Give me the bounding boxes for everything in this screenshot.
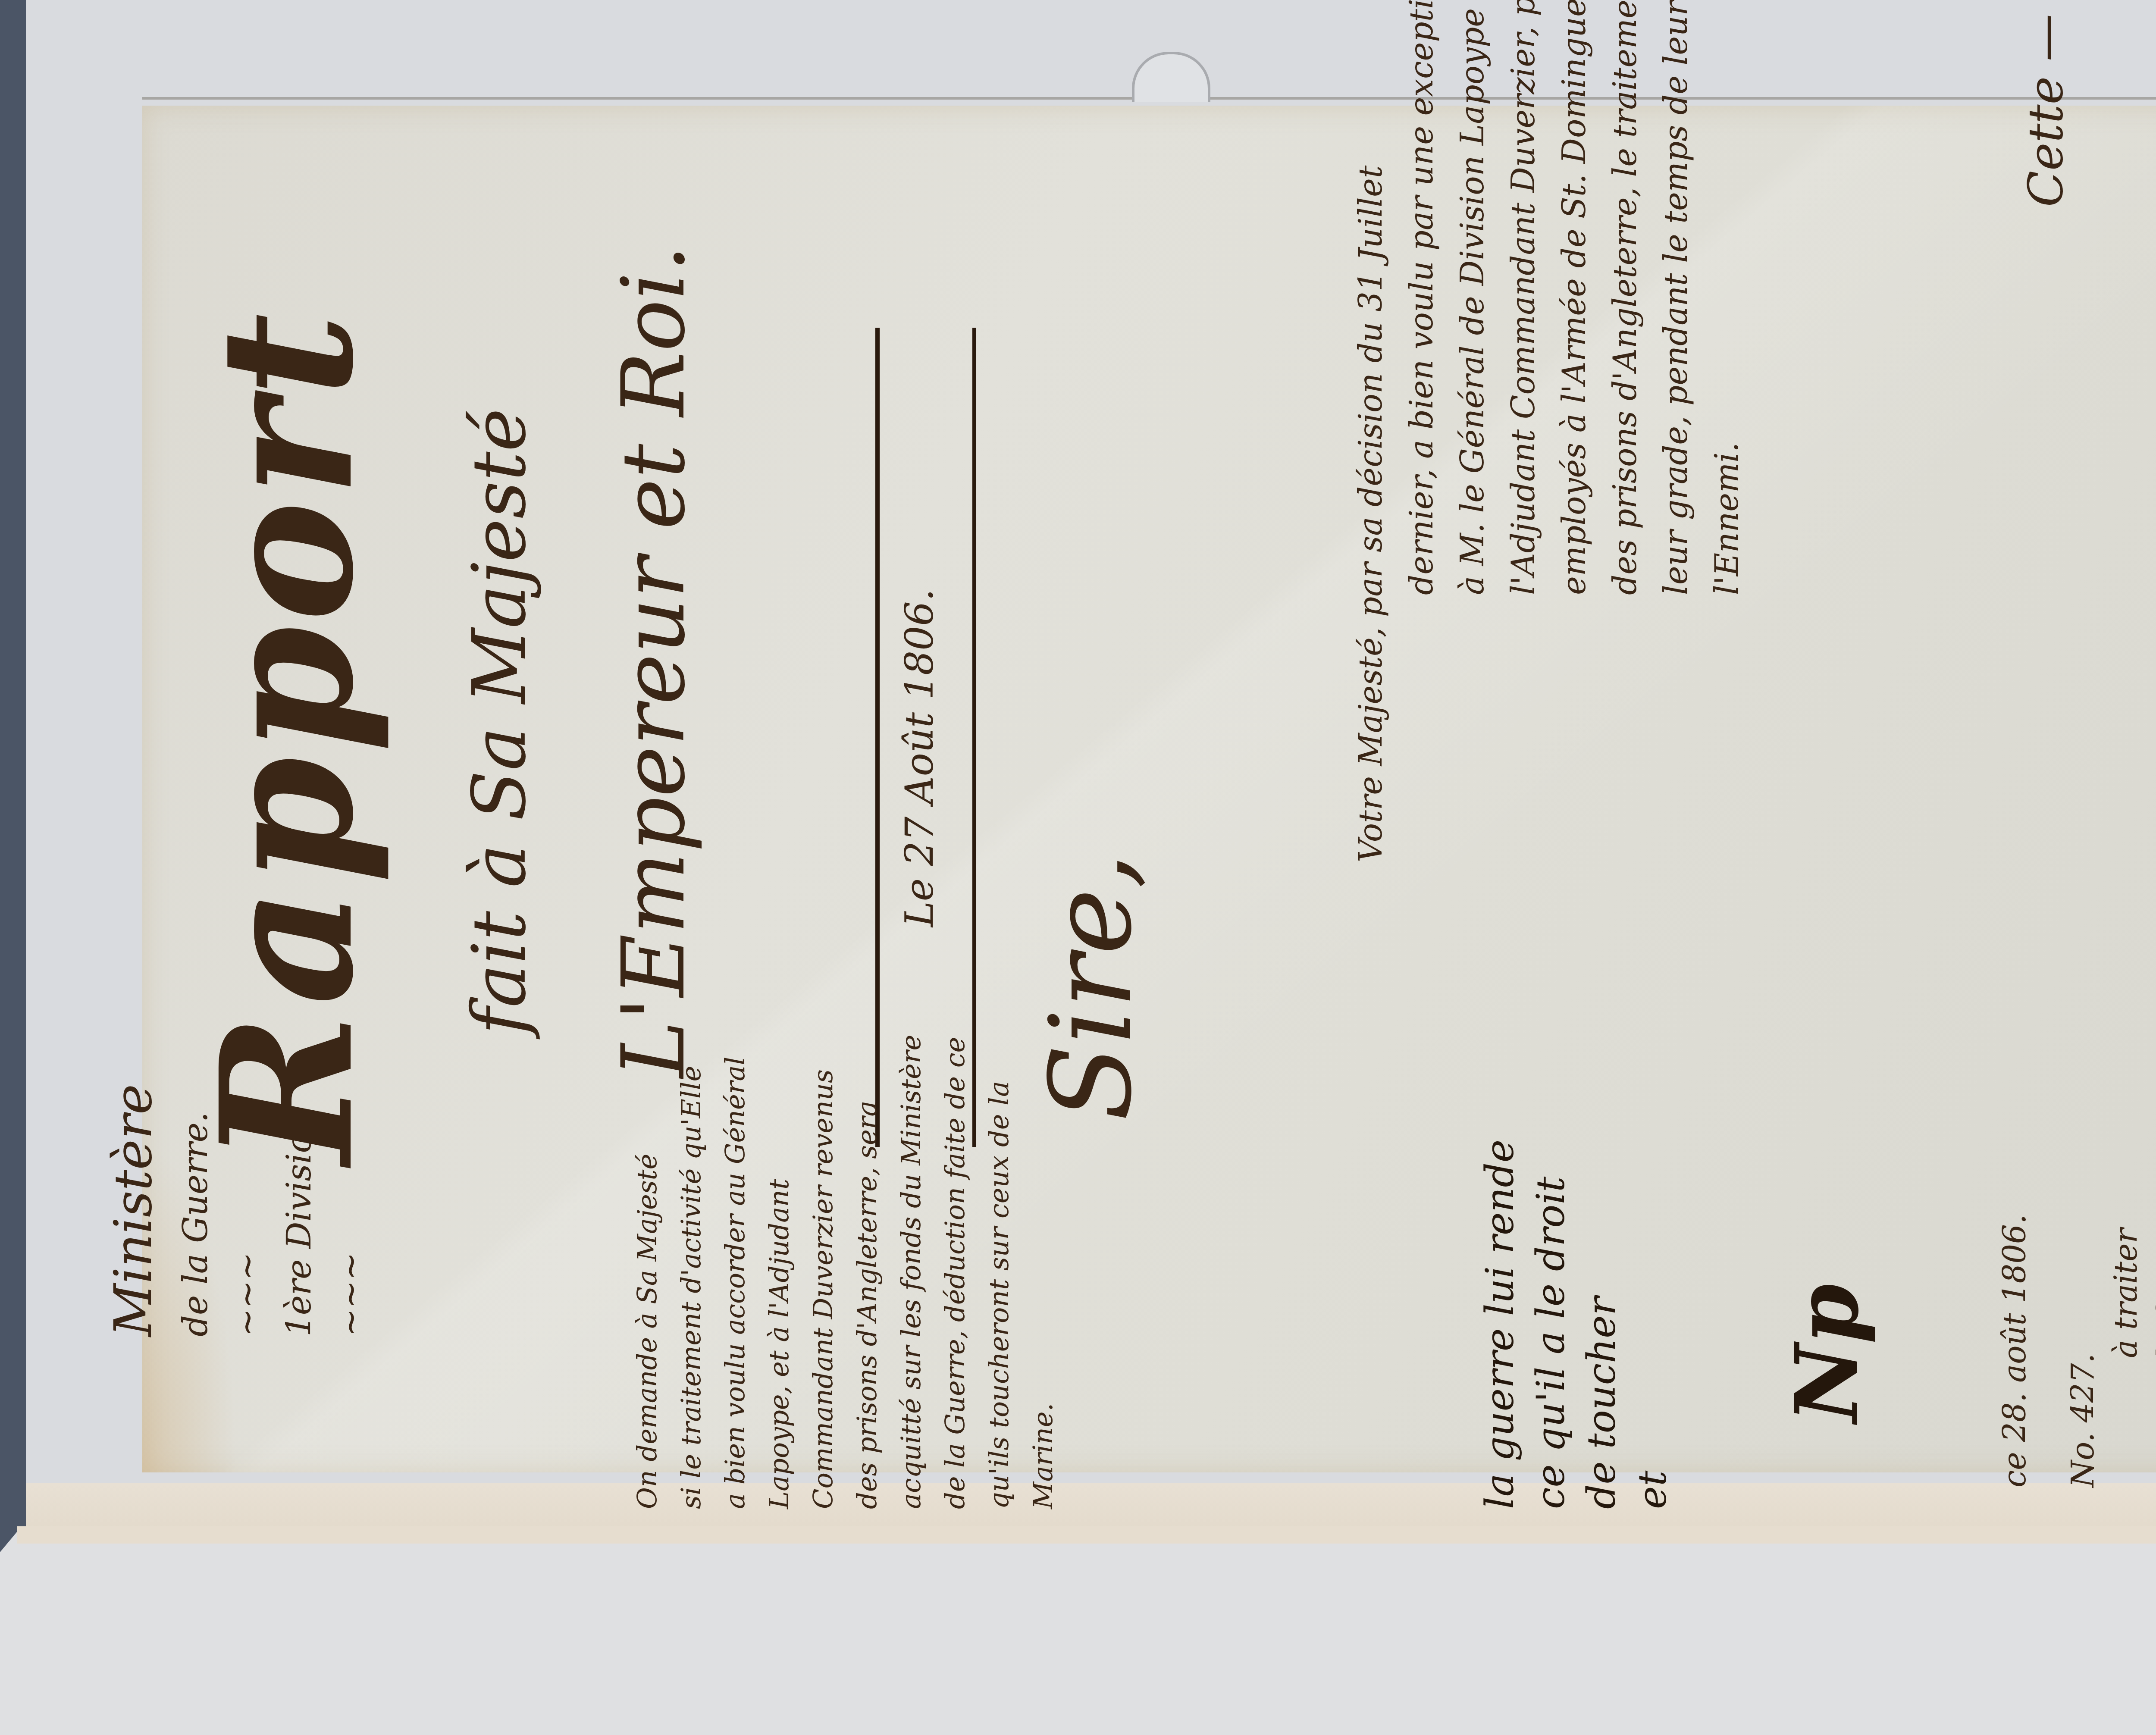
filing-line: le faire en sa <box>2147 1154 2156 1488</box>
continuation-word: Cette — <box>2018 14 2073 207</box>
report-addressee: L'Empereur et Roi. <box>604 244 704 1078</box>
filing-note: No. 427. à traiter le faire en sa fav. d… <box>2061 1154 2156 1488</box>
summary-line: si le traitement d'activité qu'Elle <box>669 1035 713 1509</box>
summary-line: des prisons d'Angleterre, sera <box>845 1035 889 1509</box>
manuscript-sheet <box>142 106 2156 1472</box>
imperial-annotation: la guerre lui rende ce qu'il a le droit … <box>1475 1140 1678 1509</box>
summary-line: de la Guerre, déduction faite de ce <box>933 1035 977 1509</box>
annotation-line: de toucher <box>1576 1140 1627 1509</box>
filing-date: ce 28. août 1806. <box>1996 1214 2033 1488</box>
body-line: l'Ennemi. <box>1702 0 1752 983</box>
folder-strip <box>17 1526 2156 1544</box>
annotation-line: la guerre lui rende <box>1475 1140 1526 1509</box>
report-body: Votre Majesté, par sa décision du 31 Jui… <box>1345 0 1752 983</box>
annotation-line: ce qu'il a le droit <box>1526 1140 1576 1509</box>
body-line: à M. le Général de Division Lapoype et à… <box>1447 0 1498 983</box>
date-rule-bottom <box>972 328 976 1147</box>
mount-tab-notch <box>1132 52 1210 102</box>
filing-number: No. 427. <box>2061 1154 2104 1488</box>
body-line: des prisons d'Angleterre, le traitement … <box>1600 0 1651 983</box>
body-line: leur grade, pendant le temps de leur dét… <box>1651 0 1702 983</box>
body-line: employés à l'Armée de St. Domingue, et a… <box>1549 0 1600 983</box>
summary-line: Commandant Duverzier revenus <box>801 1035 845 1509</box>
annotation-line: et <box>1627 1140 1678 1509</box>
report-subtitle: fait à Sa Majesté <box>457 408 542 1035</box>
report-title: Rapport <box>181 309 394 1164</box>
body-line: dernier, a bien voulu par une exception … <box>1396 0 1447 983</box>
filing-line: à traiter <box>2104 1154 2147 1488</box>
date-rule-top <box>875 328 880 1147</box>
summary-line: a bien voulu accorder au Général <box>713 1035 757 1509</box>
report-date: Le 27 Août 1806. <box>897 589 942 927</box>
imperial-initials: Np <box>1777 1284 1878 1423</box>
margin-summary: On demande à Sa Majesté si le traitement… <box>625 1035 1065 1509</box>
folder-cover <box>0 1526 2156 1735</box>
body-line: l'Adjudant Commandant Duverzier, précéde… <box>1498 0 1549 983</box>
salutation: Sire, <box>1026 853 1156 1121</box>
body-line: Votre Majesté, par sa décision du 31 Jui… <box>1345 0 1396 983</box>
summary-line: qu'ils toucheront sur ceux de la <box>977 1035 1021 1509</box>
ministry-title: Ministère <box>103 1084 163 1337</box>
summary-line: acquitté sur les fonds du Ministère <box>889 1035 933 1509</box>
summary-line: Lapoype, et à l'Adjudant <box>757 1035 801 1509</box>
summary-line: On demande à Sa Majesté <box>625 1035 669 1509</box>
